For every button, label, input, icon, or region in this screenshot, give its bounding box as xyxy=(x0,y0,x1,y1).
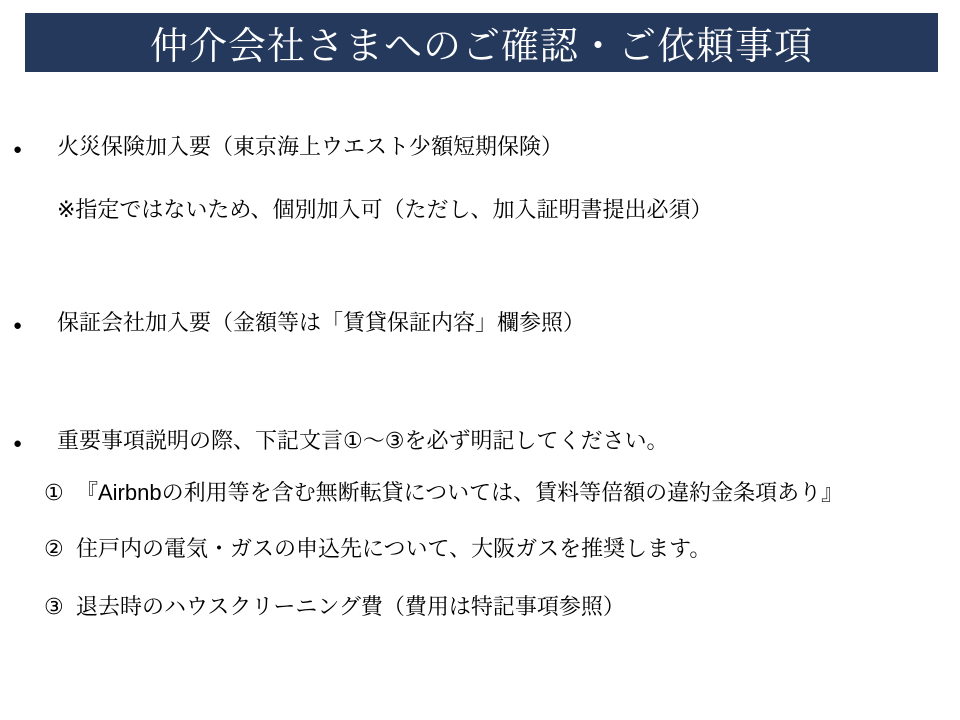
slide: 仲介会社さまへのご確認・ご依頼事項 ● 火災保険加入要（東京海上ウエスト少額短期… xyxy=(0,0,960,720)
item-number: ① xyxy=(44,478,76,508)
bullet-item-guarantee-company: ● 保証会社加入要（金額等は「賃貸保証内容」欄参照） xyxy=(13,308,585,341)
title-banner: 仲介会社さまへのご確認・ご依頼事項 xyxy=(25,13,938,72)
numbered-item-text: 退去時のハウスクリーニング費（費用は特記事項参照） xyxy=(76,592,625,622)
numbered-item-text: 住戸内の電気・ガスの申込先について、大阪ガスを推奨します。 xyxy=(76,534,711,564)
bullet-item-important-matters: ● 重要事項説明の際、下記文言①～③を必ず明記してください。 xyxy=(13,426,668,459)
page-title: 仲介会社さまへのご確認・ご依頼事項 xyxy=(150,15,813,70)
bullet-item-fire-insurance: ● 火災保険加入要（東京海上ウエスト少額短期保険） xyxy=(13,132,563,165)
bullet-text: 重要事項説明の際、下記文言①～③を必ず明記してください。 xyxy=(57,426,668,456)
bullet-text: 火災保険加入要（東京海上ウエスト少額短期保険） xyxy=(57,132,563,162)
bullet-icon: ● xyxy=(13,135,57,165)
note-text: ※指定ではないため、個別加入可（ただし、加入証明書提出必須） xyxy=(57,195,713,225)
numbered-item-1: ① 『Airbnbの利用等を含む無断転貸については、賃料等倍額の違約金条項あり』 xyxy=(44,478,843,508)
numbered-item-text: 『Airbnbの利用等を含む無断転貸については、賃料等倍額の違約金条項あり』 xyxy=(76,478,843,508)
bullet-note-fire-insurance: ※指定ではないため、個別加入可（ただし、加入証明書提出必須） xyxy=(57,195,713,225)
numbered-item-2: ② 住戸内の電気・ガスの申込先について、大阪ガスを推奨します。 xyxy=(44,534,711,564)
numbered-item-3: ③ 退去時のハウスクリーニング費（費用は特記事項参照） xyxy=(44,592,625,622)
bullet-icon: ● xyxy=(13,311,57,341)
item-number: ② xyxy=(44,534,76,564)
bullet-text: 保証会社加入要（金額等は「賃貸保証内容」欄参照） xyxy=(57,308,585,338)
item-number: ③ xyxy=(44,592,76,622)
bullet-icon: ● xyxy=(13,429,57,459)
